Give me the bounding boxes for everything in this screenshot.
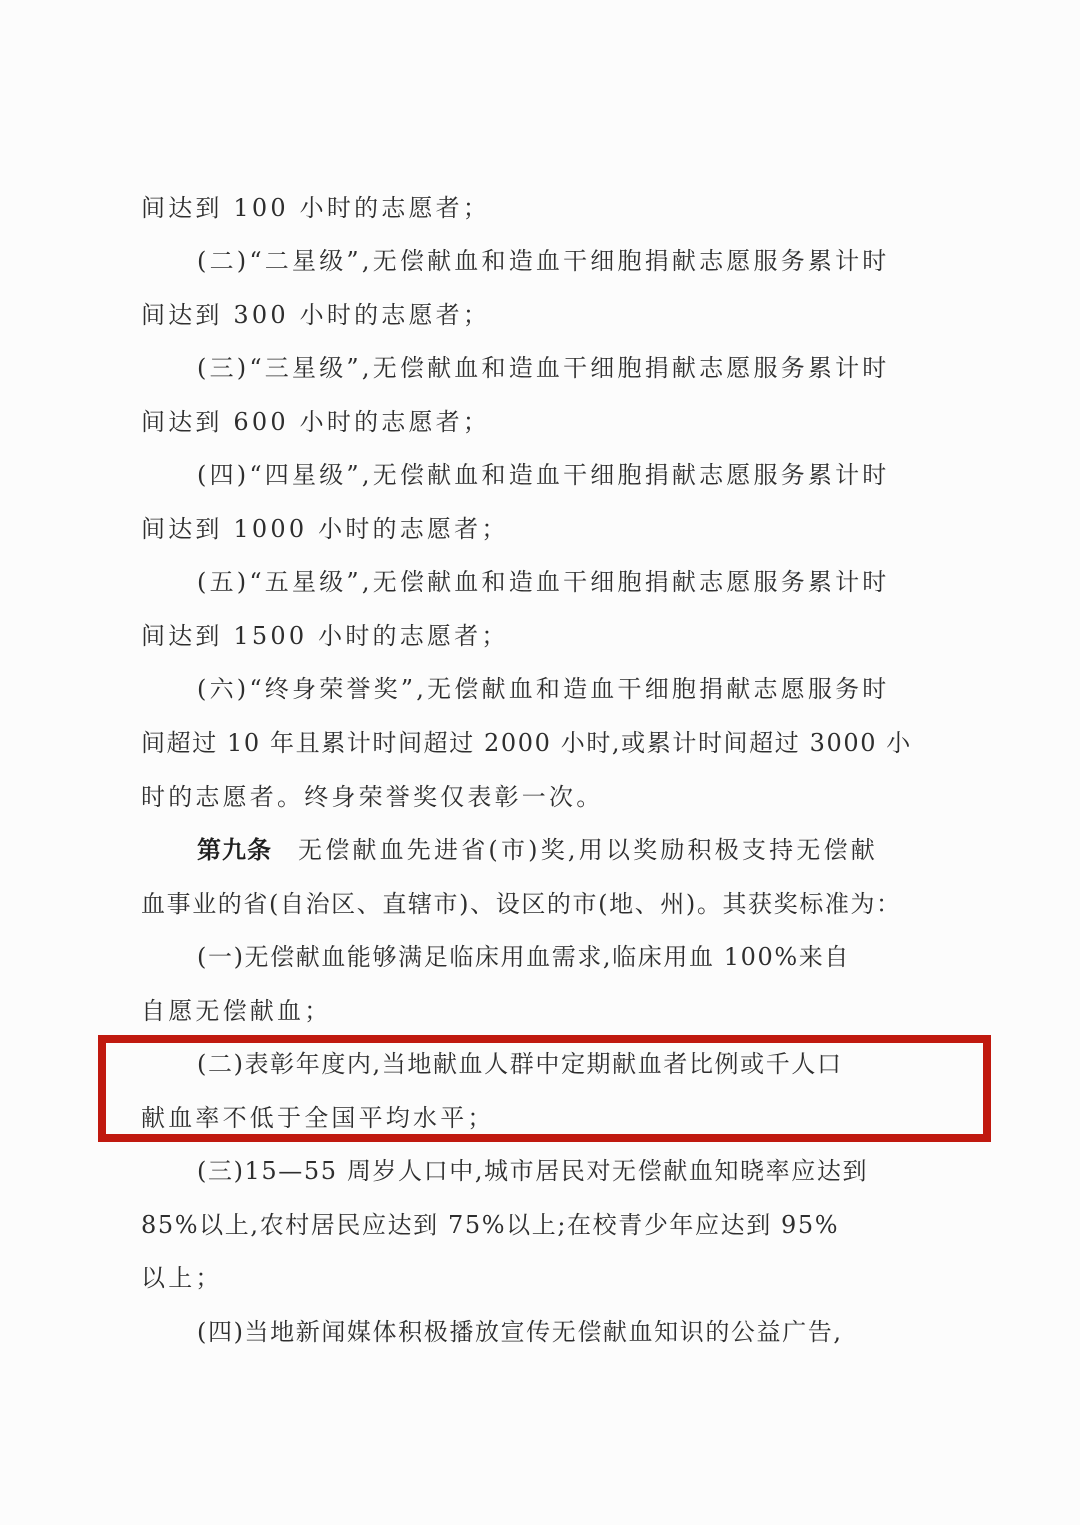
text-line: 间达到 100 小时的志愿者； xyxy=(141,191,941,225)
criterion-1-line1: (一)无偿献血能够满足临床用血需求,临床用血 100%来自 xyxy=(197,940,997,974)
text-line: 间达到 600 小时的志愿者； xyxy=(141,405,941,439)
text-line: (五)“五星级”,无偿献血和造血干细胞捐献志愿服务累计时 xyxy=(197,565,997,599)
text-line: (三)“三星级”,无偿献血和造血干细胞捐献志愿服务累计时 xyxy=(197,351,997,385)
text-line: (四)“四星级”,无偿献血和造血干细胞捐献志愿服务累计时 xyxy=(197,458,997,492)
criterion-3-line3: 以上； xyxy=(141,1261,941,1295)
document-page: 间达到 100 小时的志愿者； (二)“二星级”,无偿献血和造血干细胞捐献志愿服… xyxy=(0,0,1080,1525)
text-line: (二)“二星级”,无偿献血和造血干细胞捐献志愿服务累计时 xyxy=(197,244,997,278)
criterion-3-line2: 85%以上,农村居民应达到 75%以上;在校青少年应达到 95% xyxy=(141,1208,941,1242)
text-line: 血事业的省(自治区、直辖市)、设区的市(地、州)。其获奖标准为： xyxy=(141,887,941,921)
criterion-2-line2: 献血率不低于全国平均水平； xyxy=(141,1101,941,1135)
criterion-4-line1: (四)当地新闻媒体积极播放宣传无偿献血知识的公益广告, xyxy=(197,1315,997,1349)
article-heading: 第九条 xyxy=(197,836,272,864)
criterion-1-line2: 自愿无偿献血； xyxy=(141,994,941,1028)
text-line: 间达到 1000 小时的志愿者； xyxy=(141,512,941,546)
criterion-2-line1: (二)表彰年度内,当地献血人群中定期献血者比例或千人口 xyxy=(197,1047,997,1081)
text-line: 间达到 300 小时的志愿者； xyxy=(141,298,941,332)
criterion-3-line1: (三)15—55 周岁人口中,城市居民对无偿献血知晓率应达到 xyxy=(197,1154,997,1188)
article-text: 无偿献血先进省(市)奖,用以奖励积极支持无偿献 xyxy=(298,836,878,864)
article-9-line: 第九条无偿献血先进省(市)奖,用以奖励积极支持无偿献 xyxy=(197,833,997,867)
text-line: (六)“终身荣誉奖”,无偿献血和造血干细胞捐献志愿服务时 xyxy=(197,672,997,706)
text-line: 时的志愿者。终身荣誉奖仅表彰一次。 xyxy=(141,780,941,814)
text-line: 间达到 1500 小时的志愿者； xyxy=(141,619,941,653)
text-line: 间超过 10 年且累计时间超过 2000 小时,或累计时间超过 3000 小 xyxy=(141,726,941,760)
